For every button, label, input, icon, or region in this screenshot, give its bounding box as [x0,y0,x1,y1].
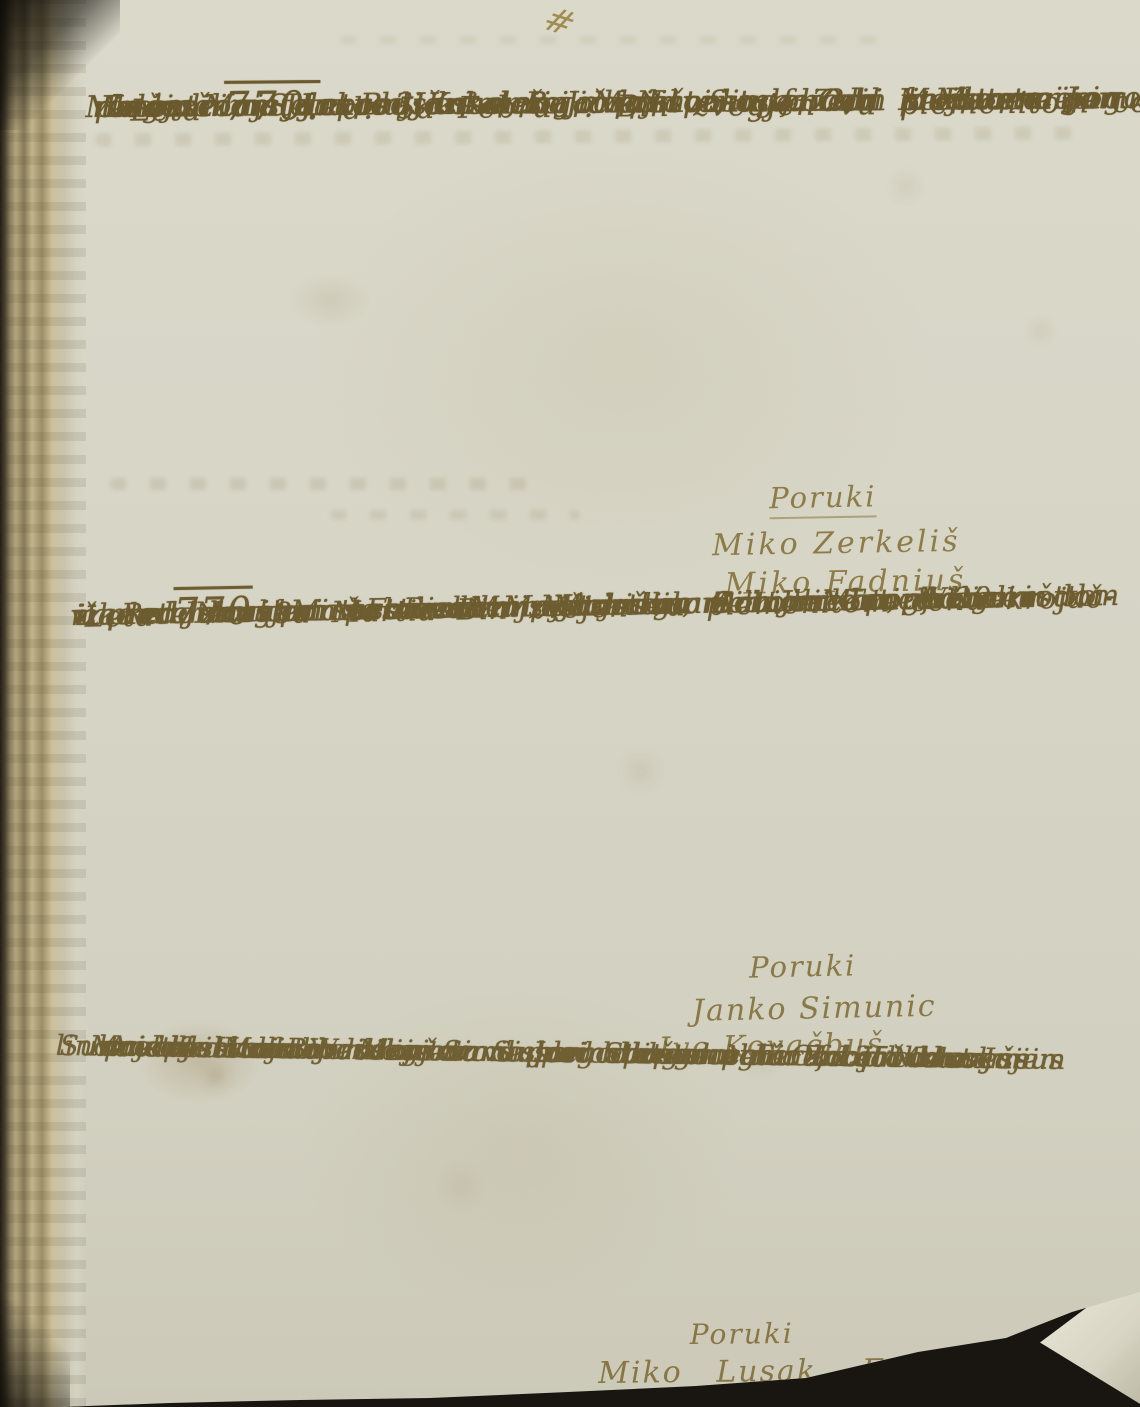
surety-signature: Miko Lusak. Ferenc Markulin [598,1350,1140,1391]
ink-bleedthrough [110,478,530,490]
manuscript-line: i pred drugemi ostalemi Majstori na Zobi… [76,572,1120,592]
manuscript-photo: # Leta 770. d. 5a Februar. Bih zvegjen v… [0,0,1140,1407]
sureties-heading: Poruki [690,1317,794,1351]
surety-signature: Janko Simunic [692,989,937,1029]
sureties-heading: Poruki [749,948,857,984]
register-entry-2: Leta 770 8a Martia Bih zvejen vu plemeni… [70,572,1120,592]
manuscript-line: Moskalinom i pred ostalemi Majstori na Z… [85,69,1140,79]
surety-signature: Miko Zerkeliš [712,524,966,563]
book-binding-edge [0,0,86,1407]
manuscript-page: # Leta 770. d. 5a Februar. Bih zvegjen v… [0,0,1140,1407]
ink-bleedthrough [340,36,880,44]
register-entry-1: Leta 770. d. 5a Februar. Bih zvegjen vu … [92,69,1140,79]
paper-stains [0,0,2,2]
sureties-heading: Poruki [769,479,877,519]
binding-shadow-bottom [0,1300,70,1407]
ink-bleedthrough [330,510,580,520]
